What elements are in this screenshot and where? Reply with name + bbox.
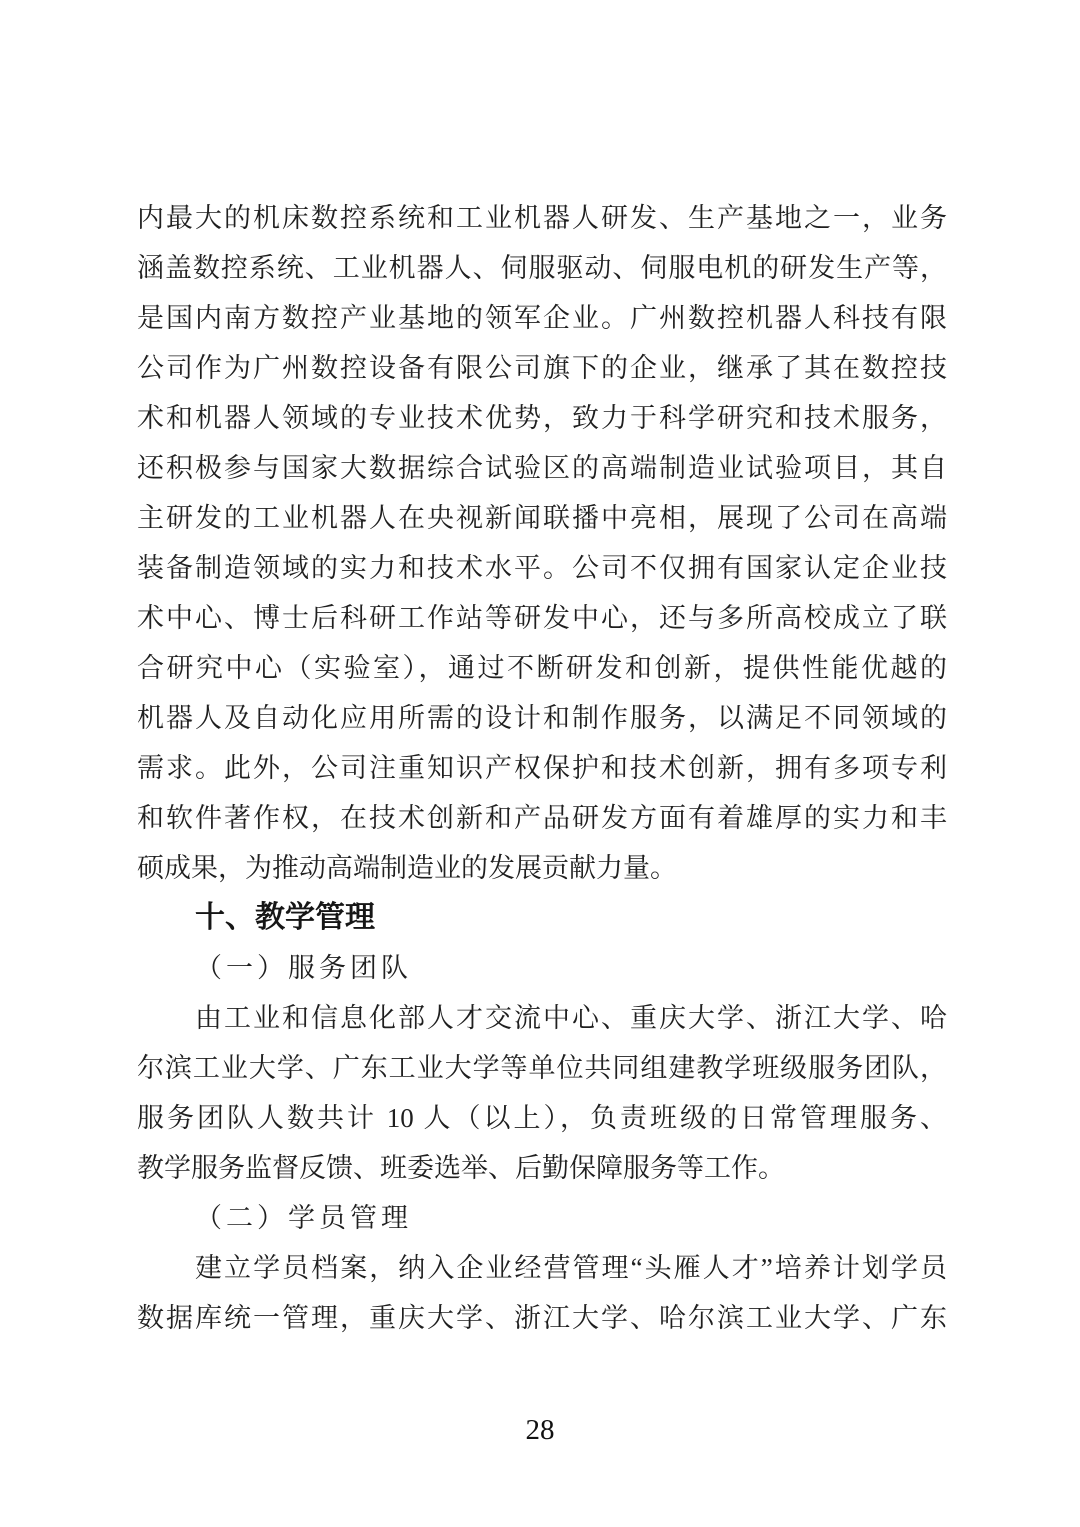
paragraph-line: 和软件著作权，在技术创新和产品研发方面有着雄厚的实力和丰 [137,793,947,843]
page-body-text: 内最大的机床数控系统和工业机器人研发、生产基地之一，业务 涵盖数控系统、工业机器… [137,193,947,1343]
paragraph-line: 主研发的工业机器人在央视新闻联播中亮相，展现了公司在高端 [137,493,947,543]
paragraph-line: 内最大的机床数控系统和工业机器人研发、生产基地之一，业务 [137,193,947,243]
section-heading: 十、教学管理 [137,893,947,943]
paragraph-line: 合研究中心（实验室），通过不断研发和创新，提供性能优越的 [137,643,947,693]
paragraph-line: 由工业和信息化部人才交流中心、重庆大学、浙江大学、哈 [137,993,947,1043]
paragraph-line: 尔滨工业大学、广东工业大学等单位共同组建教学班级服务团队， [137,1043,947,1093]
paragraph-line: 建立学员档案，纳入企业经营管理“头雁人才”培养计划学员 [137,1243,947,1293]
paragraph-line: 硕成果，为推动高端制造业的发展贡献力量。 [137,843,947,893]
paragraph-line: 需求。此外，公司注重知识产权保护和技术创新，拥有多项专利 [137,743,947,793]
paragraph-line: 装备制造领域的实力和技术水平。公司不仅拥有国家认定企业技 [137,543,947,593]
subsection-heading: （二）学员管理 [137,1193,947,1243]
paragraph-line: 机器人及自动化应用所需的设计和制作服务，以满足不同领域的 [137,693,947,743]
page-number: 28 [0,1410,1080,1450]
paragraph-line: 数据库统一管理，重庆大学、浙江大学、哈尔滨工业大学、广东 [137,1293,947,1343]
document-page: 内最大的机床数控系统和工业机器人研发、生产基地之一，业务 涵盖数控系统、工业机器… [0,0,1080,1527]
paragraph-line: 公司作为广州数控设备有限公司旗下的企业，继承了其在数控技 [137,343,947,393]
paragraph-line: 术中心、博士后科研工作站等研发中心，还与多所高校成立了联 [137,593,947,643]
paragraph-line: 术和机器人领域的专业技术优势，致力于科学研究和技术服务， [137,393,947,443]
paragraph-line: 涵盖数控系统、工业机器人、伺服驱动、伺服电机的研发生产等， [137,243,947,293]
paragraph-line: 是国内南方数控产业基地的领军企业。广州数控机器人科技有限 [137,293,947,343]
paragraph-line: 教学服务监督反馈、班委选举、后勤保障服务等工作。 [137,1143,947,1193]
subsection-heading: （一）服务团队 [137,943,947,993]
paragraph-line: 还积极参与国家大数据综合试验区的高端制造业试验项目，其自 [137,443,947,493]
paragraph-line: 服务团队人数共计 10 人（以上），负责班级的日常管理服务、 [137,1093,947,1143]
